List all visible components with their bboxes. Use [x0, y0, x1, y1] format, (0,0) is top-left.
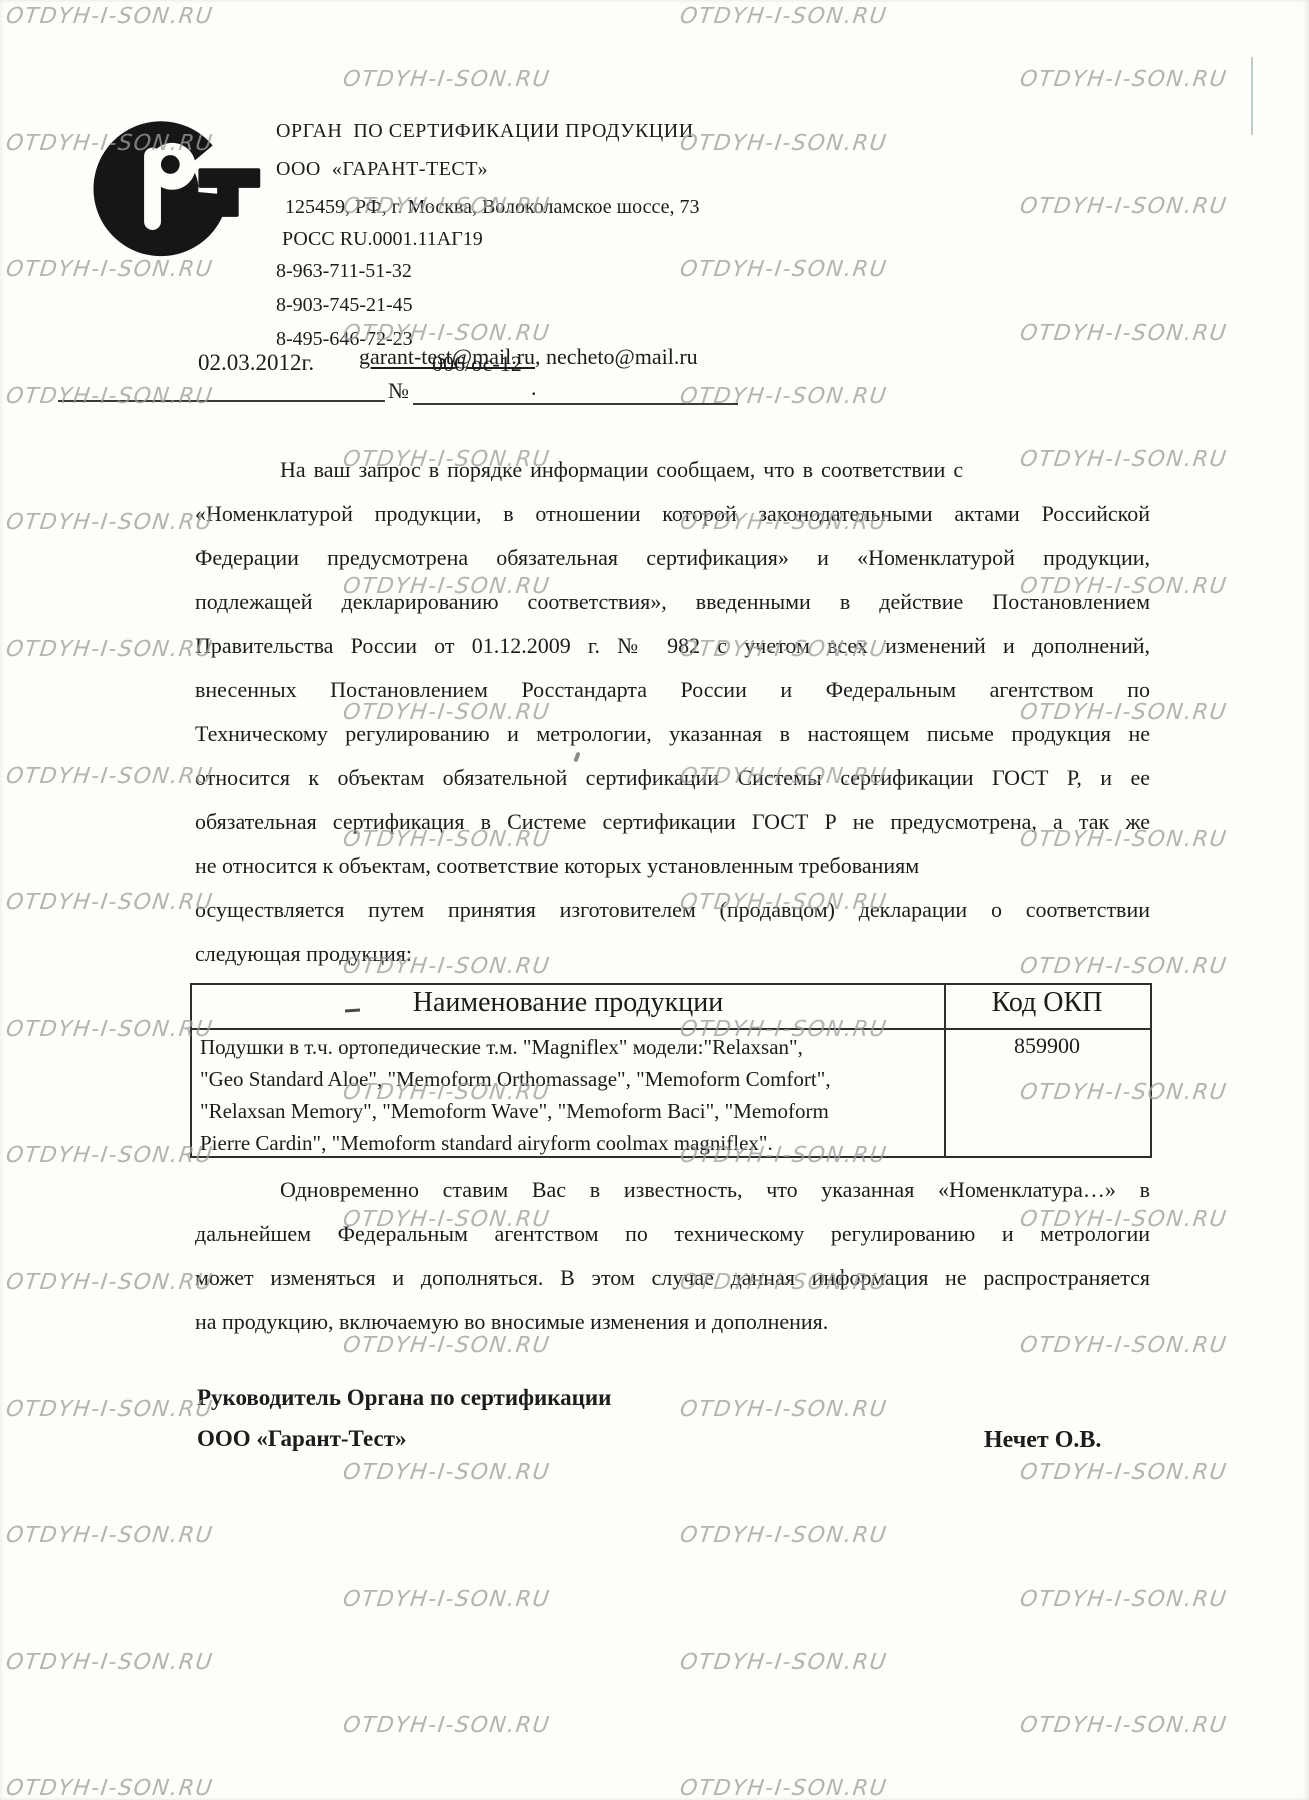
- phone-2: 8-903-745-21-45: [276, 292, 413, 318]
- watermark-text: OTDYH-I-SON.RU: [1018, 1460, 1228, 1485]
- table-header-code: Код ОКП: [944, 987, 1150, 1019]
- watermark-text: OTDYH-I-SON.RU: [1018, 1587, 1228, 1612]
- watermark-text: OTDYH-I-SON.RU: [4, 1650, 214, 1675]
- watermark-text: OTDYH-I-SON.RU: [4, 1523, 214, 1548]
- watermark-text: OTDYH-I-SON.RU: [4, 764, 214, 789]
- signature-title-line1: Руководитель Органа по сертификации: [197, 1385, 611, 1411]
- body-line: не относится к объектам, соответствие ко…: [195, 844, 1150, 888]
- letter-date: 02.03.2012г.: [198, 350, 314, 376]
- watermark-text: OTDYH-I-SON.RU: [678, 131, 888, 156]
- body-line: внесенных Постановлением Росстандарта Ро…: [195, 668, 1150, 712]
- number-line-dot: .: [531, 375, 537, 401]
- watermark-text: OTDYH-I-SON.RU: [1018, 1713, 1228, 1738]
- watermark-text: OTDYH-I-SON.RU: [4, 4, 214, 29]
- watermark-text: OTDYH-I-SON.RU: [4, 1776, 214, 1800]
- number-sign: №: [388, 378, 409, 404]
- body-line: Техническому регулированию и метрологии,…: [195, 712, 1150, 756]
- watermark-text: OTDYH-I-SON.RU: [678, 1776, 888, 1800]
- watermark-text: OTDYH-I-SON.RU: [678, 1523, 888, 1548]
- watermark-text: OTDYH-I-SON.RU: [341, 1460, 551, 1485]
- body-line: Правительства России от 01.12.2009 г. № …: [195, 624, 1150, 668]
- watermark-text: OTDYH-I-SON.RU: [1018, 321, 1228, 346]
- body-paragraph-2: Одновременно ставим Вас в известность, ч…: [195, 1168, 1150, 1344]
- watermark-text: OTDYH-I-SON.RU: [678, 257, 888, 282]
- body-line: на продукцию, включаемую во вносимые изм…: [195, 1300, 1150, 1344]
- table-header-name: Наименование продукции: [192, 987, 944, 1019]
- body-line: осуществляется путем принятия изготовите…: [195, 888, 1150, 932]
- watermark-text: OTDYH-I-SON.RU: [4, 1397, 214, 1422]
- body-line: Федерации предусмотрена обязательная сер…: [195, 536, 1150, 580]
- body-line: дальнейшем Федеральным агентством по тех…: [195, 1212, 1150, 1256]
- watermark-text: OTDYH-I-SON.RU: [341, 67, 551, 92]
- table-header-divider: [192, 1028, 1150, 1030]
- doc-number: 006/ос-12: [432, 351, 522, 377]
- rst-logo: [86, 112, 264, 265]
- accreditation-line: РОСС RU.0001.11АГ19: [282, 226, 483, 252]
- table-cell-line: "Relaxsan Memory", "Memoform Wave", "Mem…: [200, 1095, 936, 1127]
- body-line: Одновременно ставим Вас в известность, ч…: [195, 1168, 1150, 1212]
- table-cell-product-name: Подушки в т.ч. ортопедические т.м. "Magn…: [200, 1031, 936, 1159]
- watermark-text: OTDYH-I-SON.RU: [341, 1587, 551, 1612]
- watermark-text: OTDYH-I-SON.RU: [4, 1270, 214, 1295]
- watermark-text: OTDYH-I-SON.RU: [678, 1397, 888, 1422]
- watermark-text: OTDYH-I-SON.RU: [4, 510, 214, 535]
- rst-logo-icon: [86, 112, 264, 260]
- number-rule-left: [58, 400, 385, 402]
- table-cell-okp-code: 859900: [944, 1033, 1150, 1059]
- signature-title-line2: ООО «Гарант-Тест»: [197, 1426, 407, 1452]
- watermark-text: OTDYH-I-SON.RU: [678, 4, 888, 29]
- org-type-line: ОРГАН ПО СЕРТИФИКАЦИИ ПРОДУКЦИИ: [276, 118, 694, 144]
- watermark-text: OTDYH-I-SON.RU: [4, 384, 214, 409]
- table-cell-line: Подушки в т.ч. ортопедические т.м. "Magn…: [200, 1031, 936, 1063]
- table-cell-line: Pierre Cardin", "Memoform standard airyf…: [200, 1127, 936, 1159]
- product-table: Наименование продукции Код ОКП Подушки в…: [190, 983, 1152, 1158]
- email-secondary: , necheto@mail.ru: [535, 344, 698, 369]
- watermark-text: OTDYH-I-SON.RU: [1018, 67, 1228, 92]
- body-line: На ваш запрос в порядке информации сообщ…: [195, 448, 1150, 492]
- address-line: 125459, РФ, г. Москва, Волоколамское шос…: [285, 194, 699, 220]
- watermark-text: OTDYH-I-SON.RU: [1018, 194, 1228, 219]
- watermark-text: OTDYH-I-SON.RU: [678, 384, 888, 409]
- phone-1: 8-963-711-51-32: [276, 258, 412, 284]
- body-paragraph-1: На ваш запрос в порядке информации сообщ…: [195, 448, 1150, 976]
- table-cell-line: "Geo Standard Aloe", "Memoform Orthomass…: [200, 1063, 936, 1095]
- signatory-name: Нечет О.В.: [984, 1427, 1101, 1454]
- scan-artifact-edge: [1251, 57, 1253, 135]
- watermark-text: OTDYH-I-SON.RU: [678, 1650, 888, 1675]
- body-line: обязательная сертификация в Системе серт…: [195, 800, 1150, 844]
- number-rule-right: [413, 403, 738, 405]
- watermark-text: OTDYH-I-SON.RU: [341, 1713, 551, 1738]
- watermark-text: OTDYH-I-SON.RU: [4, 890, 214, 915]
- body-line: может изменяться и дополняться. В этом с…: [195, 1256, 1150, 1300]
- watermark-text: OTDYH-I-SON.RU: [4, 637, 214, 662]
- org-name-line: ООО «ГАРАНТ-ТЕСТ»: [276, 156, 488, 182]
- watermark-text: OTDYH-I-SON.RU: [4, 1143, 214, 1168]
- scanned-letter-page: OTDYH-I-SON.RUOTDYH-I-SON.RUOTDYH-I-SON.…: [0, 0, 1309, 1800]
- body-line: относится к объектам обязательной сертиф…: [195, 756, 1150, 800]
- body-line: подлежащей декларированию соответствия»,…: [195, 580, 1150, 624]
- watermark-text: OTDYH-I-SON.RU: [4, 1017, 214, 1042]
- body-line: «Номенклатурой продукции, в отношении ко…: [195, 492, 1150, 536]
- body-line: следующая продукция:: [195, 932, 1150, 976]
